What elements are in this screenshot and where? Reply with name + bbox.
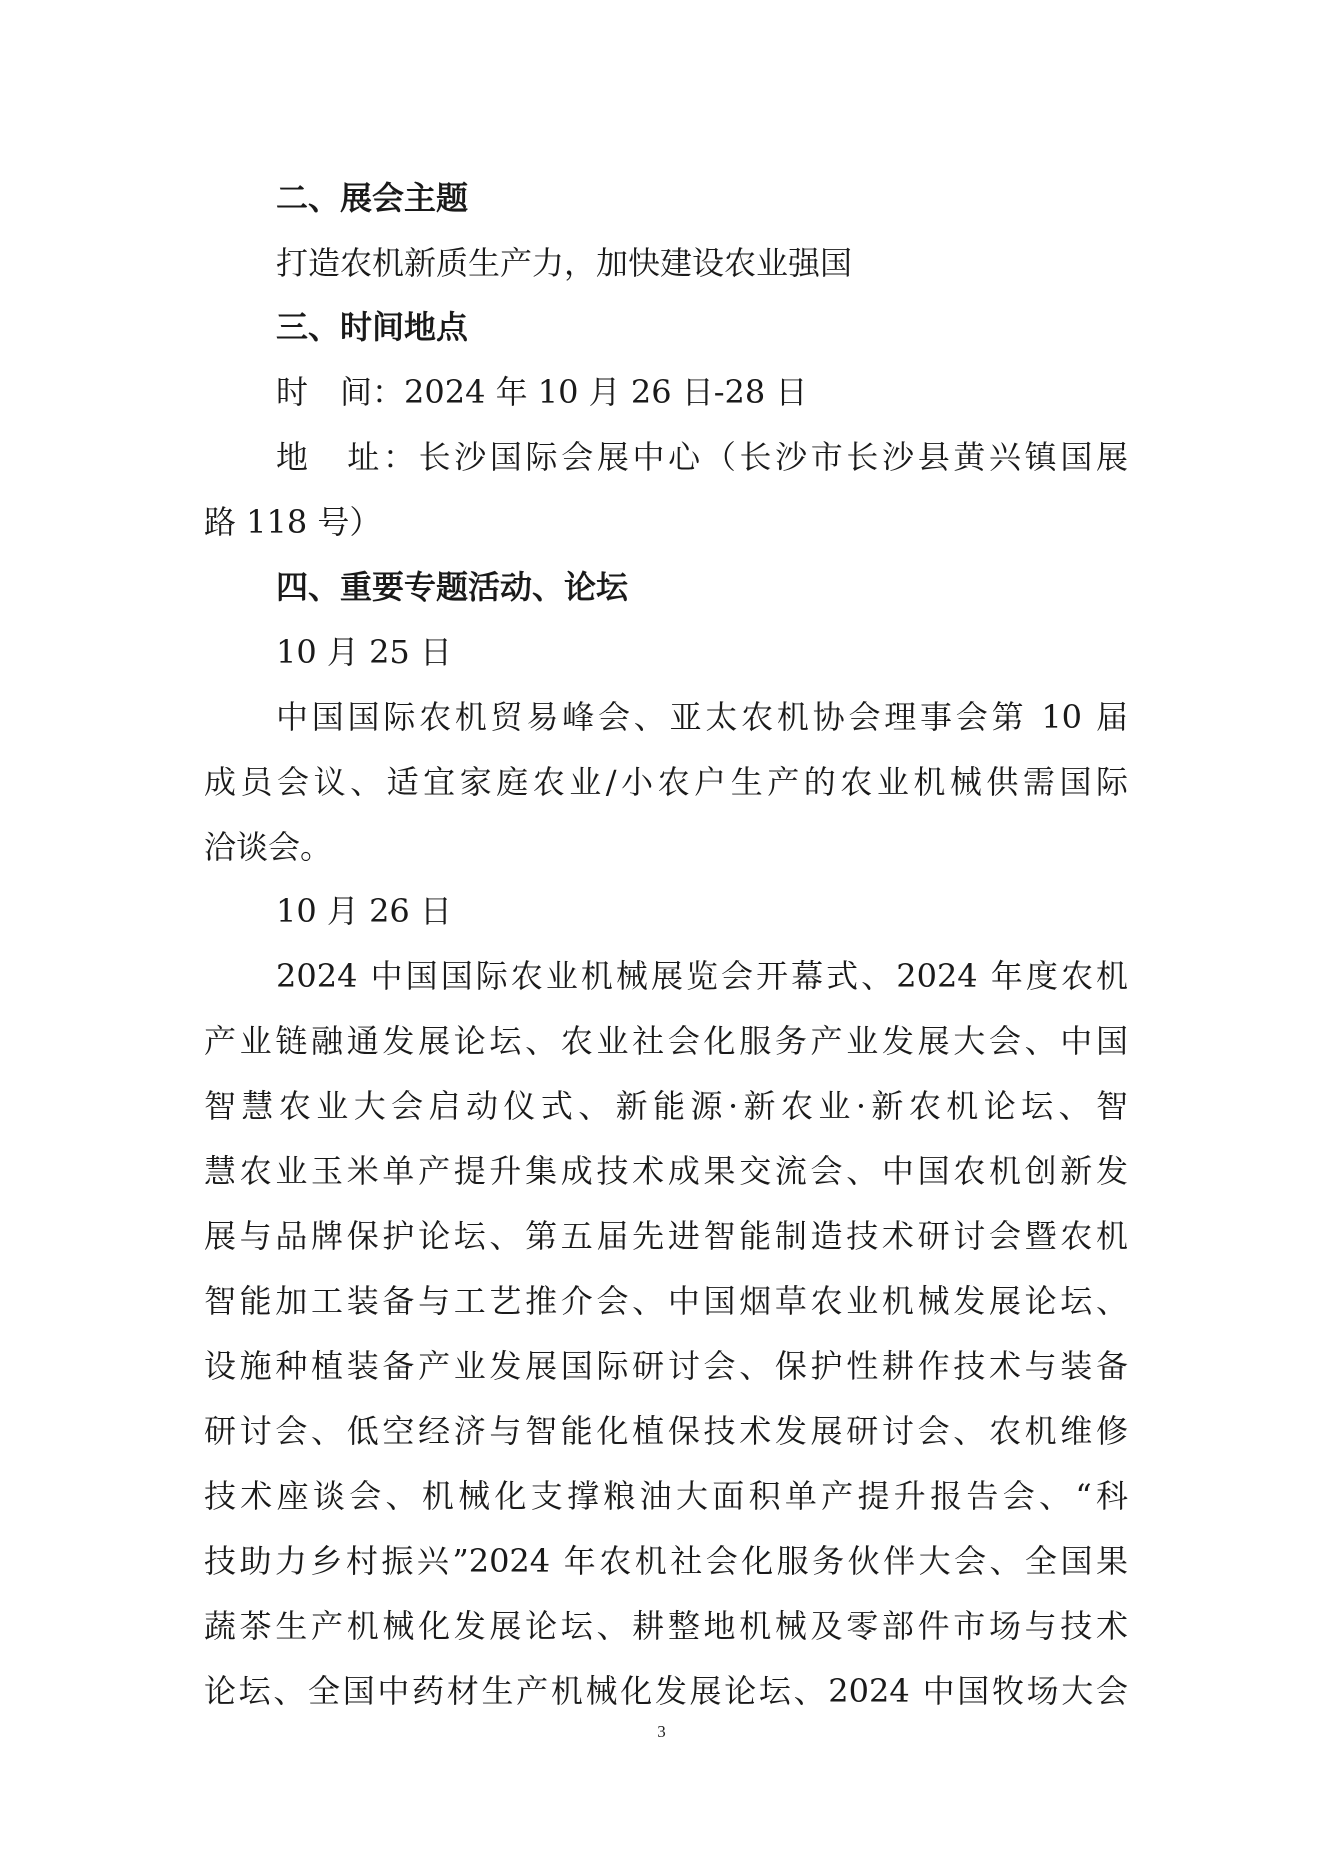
theme-text: 打造农机新质生产力，加快建设农业强国 [276, 238, 1128, 288]
address-line-2: 路 118 号） [204, 497, 1128, 547]
event-paragraph-line: 产业链融通发展论坛、农业社会化服务产业发展大会、中国 [204, 1016, 1128, 1066]
event-paragraph-line: 技术座谈会、机械化支撑粮油大面积单产提升报告会、“科 [204, 1471, 1128, 1521]
page-number: 3 [0, 1722, 1323, 1742]
section-heading-theme: 二、展会主题 [276, 173, 1128, 223]
event-paragraph-line: 2024 中国国际农业机械展览会开幕式、2024 年度农机 [276, 951, 1128, 1001]
event-paragraph-line: 洽谈会。 [204, 822, 1128, 872]
address-line-1: 地 址：长沙国际会展中心（长沙市长沙县黄兴镇国展 [276, 432, 1128, 482]
event-paragraph-line: 研讨会、低空经济与智能化植保技术发展研讨会、农机维修 [204, 1406, 1128, 1456]
event-date-oct26: 10 月 26 日 [276, 886, 1128, 936]
event-paragraph-line: 成员会议、适宜家庭农业/小农户生产的农业机械供需国际 [204, 757, 1128, 807]
document-page: 二、展会主题 打造农机新质生产力，加快建设农业强国 三、时间地点 时 间：202… [0, 0, 1323, 1871]
event-paragraph-line: 慧农业玉米单产提升集成技术成果交流会、中国农机创新发 [204, 1146, 1128, 1196]
event-date-oct25: 10 月 25 日 [276, 627, 1128, 677]
section-heading-events: 四、重要专题活动、论坛 [276, 562, 1128, 612]
event-paragraph-line: 智能加工装备与工艺推介会、中国烟草农业机械发展论坛、 [204, 1276, 1128, 1326]
event-paragraph-line: 中国国际农机贸易峰会、亚太农机协会理事会第 10 届 [276, 692, 1128, 742]
time-line: 时 间：2024 年 10 月 26 日-28 日 [276, 367, 1128, 417]
event-paragraph-line: 设施种植装备产业发展国际研讨会、保护性耕作技术与装备 [204, 1341, 1128, 1391]
event-paragraph-line: 智慧农业大会启动仪式、新能源·新农业·新农机论坛、智 [204, 1081, 1128, 1131]
event-paragraph-line: 论坛、全国中药材生产机械化发展论坛、2024 中国牧场大会 [204, 1666, 1128, 1716]
event-paragraph-line: 蔬茶生产机械化发展论坛、耕整地机械及零部件市场与技术 [204, 1601, 1128, 1651]
section-heading-time-place: 三、时间地点 [276, 302, 1128, 352]
event-paragraph-line: 技助力乡村振兴”2024 年农机社会化服务伙伴大会、全国果 [204, 1536, 1128, 1586]
event-paragraph-line: 展与品牌保护论坛、第五届先进智能制造技术研讨会暨农机 [204, 1211, 1128, 1261]
